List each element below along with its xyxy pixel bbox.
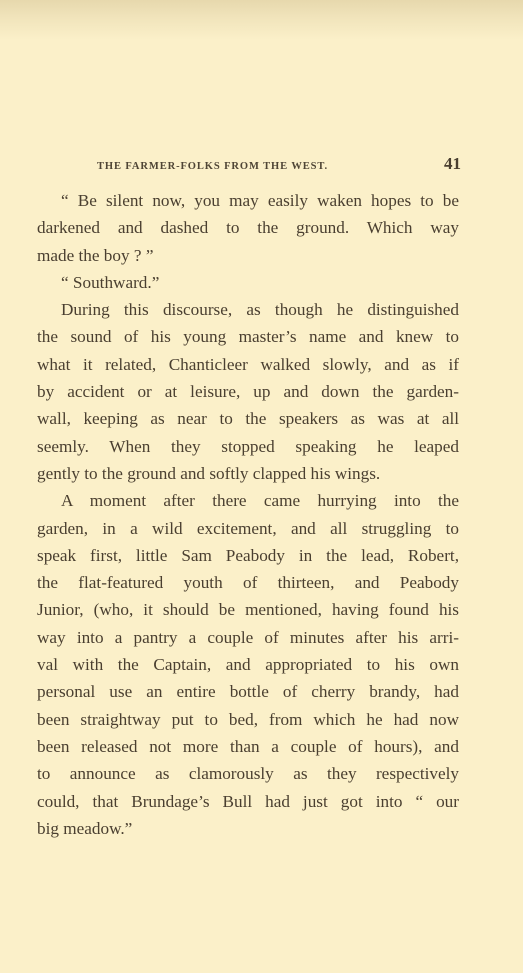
text-line: Junior, (who, it should be mentioned, ha… bbox=[37, 596, 459, 623]
running-head: THE FARMER-FOLKS FROM THE WEST. 41 bbox=[97, 154, 461, 174]
running-title: THE FARMER-FOLKS FROM THE WEST. bbox=[97, 161, 328, 172]
text-line: what it related, Chanticleer walked slow… bbox=[37, 351, 459, 378]
text-line: big meadow.” bbox=[37, 815, 459, 842]
body-text: “ Be silent now, you may easily waken ho… bbox=[37, 187, 459, 842]
text-line: darkened and dashed to the ground. Which… bbox=[37, 214, 459, 241]
text-line: speak first, little Sam Peabody in the l… bbox=[37, 542, 459, 569]
text-line: val with the Captain, and appropriated t… bbox=[37, 651, 459, 678]
text-line: During this discourse, as though he dist… bbox=[37, 296, 459, 323]
text-line: wall, keeping as near to the speakers as… bbox=[37, 405, 459, 432]
text-line: seemly. When they stopped speaking he le… bbox=[37, 433, 459, 460]
text-line: could, that Brundage’s Bull had just got… bbox=[37, 788, 459, 815]
page-edge-shading bbox=[0, 0, 523, 40]
text-line: personal use an entire bottle of cherry … bbox=[37, 678, 459, 705]
text-line: way into a pantry a couple of minutes af… bbox=[37, 624, 459, 651]
text-line: made the boy ? ” bbox=[37, 242, 459, 269]
text-line: A moment after there came hurrying into … bbox=[37, 487, 459, 514]
text-line: to announce as clamorously as they respe… bbox=[37, 760, 459, 787]
text-line: by accident or at leisure, up and down t… bbox=[37, 378, 459, 405]
text-line: been released not more than a couple of … bbox=[37, 733, 459, 760]
text-line: gently to the ground and softly clapped … bbox=[37, 460, 459, 487]
text-line: been straightway put to bed, from which … bbox=[37, 706, 459, 733]
text-line: the flat-featured youth of thirteen, and… bbox=[37, 569, 459, 596]
page-number: 41 bbox=[444, 154, 461, 174]
text-line: garden, in a wild excitement, and all st… bbox=[37, 515, 459, 542]
text-line: “ Southward.” bbox=[37, 269, 459, 296]
text-line: the sound of his young master’s name and… bbox=[37, 323, 459, 350]
text-line: “ Be silent now, you may easily waken ho… bbox=[37, 187, 459, 214]
